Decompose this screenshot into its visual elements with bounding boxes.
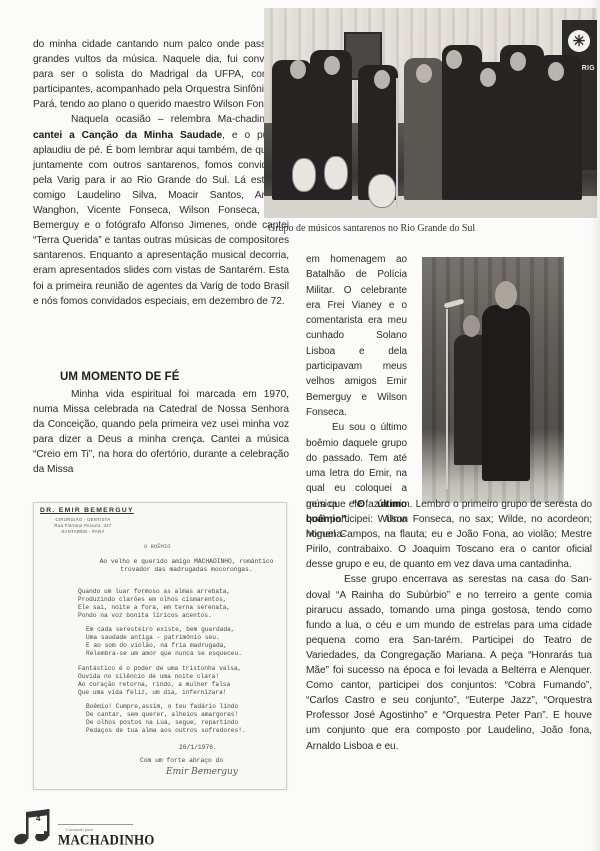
typed-letter: DR. EMIR BEMERGUY CIRURGIÃO - DENTISTA R… [33,502,287,790]
letterhead-city: SANTARÉM - PARÁ [34,529,132,534]
page-edge-shadow [590,0,600,851]
person-head [510,52,526,71]
group-photo: ✳ VARIG [264,8,597,218]
microphone-stand [396,78,398,208]
paragraph-madrigal: do minha cidade cantando num palco onde … [33,37,289,112]
singer-head [495,281,517,309]
letterhead-profession: CIRURGIÃO - DENTISTA [34,517,132,522]
photo-caption: Grupo de músicos santarenos no Rio Grand… [268,223,475,234]
section-heading: UM MOMENTO DE FÉ [60,371,180,383]
varig-logo-icon: ✳ [568,30,590,52]
footer-rule [58,824,133,825]
poem-stanza-3: Fantástico é o poder de uma tristonha va… [78,665,241,697]
guitar [324,156,348,190]
right-bottom-column: gem que ele faz a mim. Lembro o primeiro… [306,497,592,754]
microphone-stand [446,309,448,489]
signature: Emir Bemerguy [166,767,238,777]
paragraph-conjuntos: Esse grupo encerrava as serestas na casa… [306,572,592,753]
letterhead-name: DR. EMIR BEMERGUY [40,507,134,514]
letter-closing: Com um forte abraço do [140,757,223,764]
person-head [480,68,496,87]
letterhead-address: Rua Floriano Peixoto, 347 [34,523,132,528]
paragraph-seresta: gem que ele faz a mim. Lembro o primeiro… [306,497,592,572]
guitarist-head [463,315,480,337]
guitar [292,158,316,192]
person-head [324,56,340,75]
paragraph-varig-trip: Naquela ocasião – relembra Ma-chadinho –… [33,112,289,308]
guitar [368,174,396,208]
person-head [290,60,306,79]
music-note-icon [12,806,52,846]
poem-stanza-4: Boêmio! Cumpre,assim, o teu fadário lind… [86,703,246,735]
poem-stanza-1: Quando um luar formoso as almas arrebata… [78,588,230,620]
singer-figure [482,305,530,481]
left-column-top: do minha cidade cantando num palco onde … [33,37,289,309]
poem-stanza-2: Em cada seresteiro existe, bem guardada,… [86,626,242,658]
person-head [548,62,564,81]
left-column-fe: Minha vida espiritual foi marcada em 197… [33,387,289,478]
poem-title: O BOÊMIO [144,543,170,550]
singer-photo [422,257,564,503]
page-footer: 4 Cantando para MACHADINHO [0,800,150,851]
magazine-page: do minha cidade cantando num palco onde … [0,0,600,851]
page-number: 4 [36,814,40,823]
person-head [446,50,462,69]
paragraph-missa: em homenagem ao Batalhão de Polícia Mili… [306,252,407,420]
person-head [374,70,390,89]
person-head [416,64,432,83]
paragraph-fe: Minha vida espiritual foi marcada em 197… [33,387,289,478]
poem-dedication: Ao velho e querido amigo MACHADINHO, rom… [94,558,279,574]
letter-date: 26/1/1976. [179,744,217,751]
brand-name: MACHADINHO [58,831,155,849]
